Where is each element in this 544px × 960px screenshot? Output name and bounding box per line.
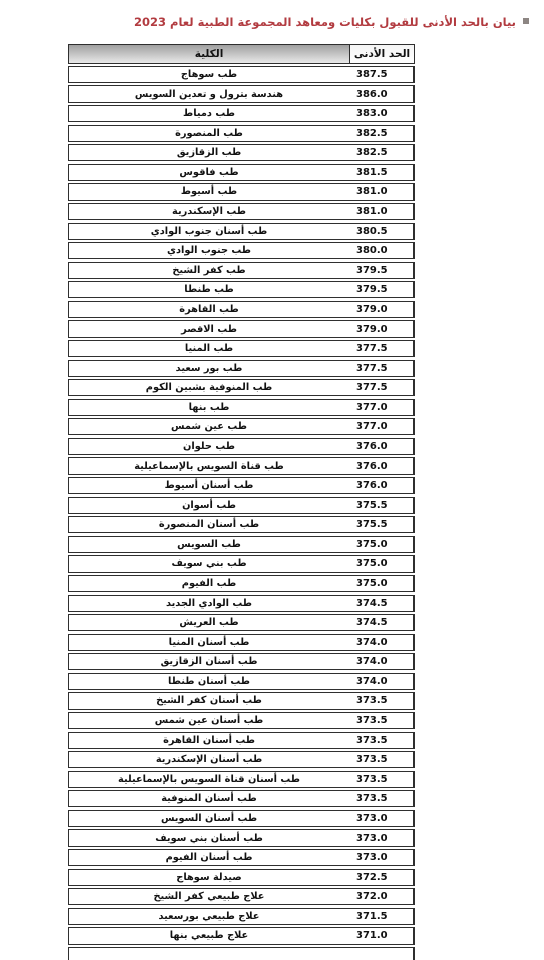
min-score-cell: 381.5 bbox=[349, 165, 414, 180]
table-row: 386.0 هندسة بترول و تعدين السويس bbox=[68, 85, 415, 102]
table-row: 373.5 طب أسنان المنوفية bbox=[68, 790, 415, 807]
college-cell: طب الفيوم bbox=[69, 576, 349, 591]
table-row: 379.0 طب الاقصر bbox=[68, 320, 415, 337]
college-cell bbox=[69, 948, 349, 960]
min-score-cell: 376.0 bbox=[349, 439, 414, 454]
min-score-cell: 386.0 bbox=[349, 86, 414, 101]
page-title: بيان بالحد الأدنى للقبول بكليات ومعاهد ا… bbox=[134, 15, 516, 29]
min-score-cell: 377.5 bbox=[349, 341, 414, 356]
min-score-cell: 375.5 bbox=[349, 517, 414, 532]
table-row: 371.0 علاج طبيعي بنها bbox=[68, 927, 415, 944]
min-score-cell: 375.0 bbox=[349, 537, 414, 552]
college-cell: طب بنها bbox=[69, 400, 349, 415]
table-row: 383.0 طب دمياط bbox=[68, 105, 415, 122]
min-score-cell: 373.0 bbox=[349, 830, 414, 845]
min-score-cell: 376.0 bbox=[349, 458, 414, 473]
table-row: 382.5 طب الزقازيق bbox=[68, 144, 415, 161]
college-cell: طب جنوب الوادي bbox=[69, 243, 349, 258]
college-cell: طب العريش bbox=[69, 615, 349, 630]
min-score-cell: 373.5 bbox=[349, 791, 414, 806]
min-score-cell: 373.5 bbox=[349, 752, 414, 767]
min-score-cell: 376.0 bbox=[349, 478, 414, 493]
page-title-line: بيان بالحد الأدنى للقبول بكليات ومعاهد ا… bbox=[134, 15, 529, 29]
college-cell: طب أسنان الزقازيق bbox=[69, 654, 349, 669]
min-score-cell: 373.5 bbox=[349, 713, 414, 728]
table-row: 377.5 طب المنوفية بشبين الكوم bbox=[68, 379, 415, 396]
min-score-cell: 380.5 bbox=[349, 224, 414, 239]
college-cell: طب المنوفية بشبين الكوم bbox=[69, 380, 349, 395]
college-cell: طب أسنان كفر الشيخ bbox=[69, 693, 349, 708]
min-score-cell: 372.0 bbox=[349, 889, 414, 904]
table-row: 379.5 طب كفر الشيخ bbox=[68, 262, 415, 279]
college-cell: طب أسنان قناة السويس بالإسماعيلية bbox=[69, 772, 349, 787]
college-cell: طب كفر الشيخ bbox=[69, 263, 349, 278]
table-row: 376.0 طب قناة السويس بالإسماعيلية bbox=[68, 457, 415, 474]
admission-scores-table: الحد الأدنى الكلية 387.5 طب سوهاج 386.0 … bbox=[68, 44, 415, 960]
table-body: 387.5 طب سوهاج 386.0 هندسة بترول و تعدين… bbox=[68, 66, 415, 945]
college-cell: علاج طبيعي بورسعيد bbox=[69, 909, 349, 924]
table-row: 373.5 طب أسنان الإسكندرية bbox=[68, 751, 415, 768]
table-row: 375.0 طب الفيوم bbox=[68, 575, 415, 592]
min-score-cell: 379.5 bbox=[349, 263, 414, 278]
min-score-column-header: الحد الأدنى bbox=[349, 45, 414, 63]
table-row: 373.5 طب أسنان القاهرة bbox=[68, 732, 415, 749]
min-score-cell: 377.5 bbox=[349, 361, 414, 376]
college-cell: علاج طبيعي بنها bbox=[69, 928, 349, 943]
college-cell: طب أسنان جنوب الوادي bbox=[69, 224, 349, 239]
college-cell: طب المنصورة bbox=[69, 126, 349, 141]
table-row: 381.5 طب فاقوس bbox=[68, 164, 415, 181]
min-score-cell: 382.5 bbox=[349, 145, 414, 160]
college-cell: طب بني سويف bbox=[69, 556, 349, 571]
min-score-cell: 374.0 bbox=[349, 635, 414, 650]
min-score-cell: 381.0 bbox=[349, 184, 414, 199]
table-row: 376.0 طب حلوان bbox=[68, 438, 415, 455]
college-cell: طب أسنان المنيا bbox=[69, 635, 349, 650]
college-cell: طب أسنان أسيوط bbox=[69, 478, 349, 493]
table-row: 372.0 علاج طبيعي كفر الشيخ bbox=[68, 888, 415, 905]
college-cell: طب السويس bbox=[69, 537, 349, 552]
college-cell: طب أسنان بني سويف bbox=[69, 830, 349, 845]
min-score-cell: 379.5 bbox=[349, 282, 414, 297]
college-column-header: الكلية bbox=[69, 45, 349, 63]
min-score-cell: 372.5 bbox=[349, 870, 414, 885]
table-row: 377.0 طب بنها bbox=[68, 399, 415, 416]
min-score-cell bbox=[349, 948, 414, 960]
table-row: 382.5 طب المنصورة bbox=[68, 125, 415, 142]
table-row: 373.5 طب أسنان عين شمس bbox=[68, 712, 415, 729]
college-cell: طب الإسكندرية bbox=[69, 204, 349, 219]
table-row: 377.5 طب بور سعيد bbox=[68, 360, 415, 377]
college-cell: طب أسنان طنطا bbox=[69, 674, 349, 689]
table-row: 371.5 علاج طبيعي بورسعيد bbox=[68, 908, 415, 925]
college-cell: طب المنيا bbox=[69, 341, 349, 356]
college-cell: طب سوهاج bbox=[69, 67, 349, 82]
table-row: 375.5 طب أسوان bbox=[68, 497, 415, 514]
table-row: 373.5 طب أسنان قناة السويس بالإسماعيلية bbox=[68, 771, 415, 788]
table-row: 377.5 طب المنيا bbox=[68, 340, 415, 357]
college-cell: طب فاقوس bbox=[69, 165, 349, 180]
table-row: 372.5 صيدلة سوهاج bbox=[68, 869, 415, 886]
min-score-cell: 381.0 bbox=[349, 204, 414, 219]
min-score-cell: 373.5 bbox=[349, 693, 414, 708]
min-score-cell: 375.0 bbox=[349, 556, 414, 571]
min-score-cell: 374.0 bbox=[349, 674, 414, 689]
college-cell: طب القاهرة bbox=[69, 302, 349, 317]
college-cell: صيدلة سوهاج bbox=[69, 870, 349, 885]
square-bullet-icon bbox=[523, 18, 529, 24]
table-row: 375.5 طب أسنان المنصورة bbox=[68, 516, 415, 533]
document-page: بيان بالحد الأدنى للقبول بكليات ومعاهد ا… bbox=[0, 0, 544, 960]
college-cell: طب أسنان عين شمس bbox=[69, 713, 349, 728]
table-row: 379.0 طب القاهرة bbox=[68, 301, 415, 318]
table-row: 375.0 طب بني سويف bbox=[68, 555, 415, 572]
table-row: 374.0 طب أسنان الزقازيق bbox=[68, 653, 415, 670]
college-cell: طب أسنان المنوفية bbox=[69, 791, 349, 806]
college-cell: طب طنطا bbox=[69, 282, 349, 297]
college-cell: طب قناة السويس بالإسماعيلية bbox=[69, 458, 349, 473]
min-score-cell: 373.5 bbox=[349, 772, 414, 787]
min-score-cell: 374.5 bbox=[349, 615, 414, 630]
college-cell: طب أسنان الإسكندرية bbox=[69, 752, 349, 767]
college-cell: طب حلوان bbox=[69, 439, 349, 454]
college-cell: طب دمياط bbox=[69, 106, 349, 121]
table-row: 373.0 طب أسنان السويس bbox=[68, 810, 415, 827]
table-row: 374.0 طب أسنان طنطا bbox=[68, 673, 415, 690]
college-cell: طب الاقصر bbox=[69, 321, 349, 336]
table-row: 377.0 طب عين شمس bbox=[68, 418, 415, 435]
college-cell: طب أسنان السويس bbox=[69, 811, 349, 826]
min-score-cell: 377.0 bbox=[349, 419, 414, 434]
min-score-cell: 373.0 bbox=[349, 811, 414, 826]
min-score-cell: 379.0 bbox=[349, 321, 414, 336]
table-row: 376.0 طب أسنان أسيوط bbox=[68, 477, 415, 494]
table-row: 381.0 طب أسيوط bbox=[68, 183, 415, 200]
college-cell: طب الوادي الجديد bbox=[69, 596, 349, 611]
table-row: 381.0 طب الإسكندرية bbox=[68, 203, 415, 220]
min-score-cell: 374.0 bbox=[349, 654, 414, 669]
table-row: 375.0 طب السويس bbox=[68, 536, 415, 553]
college-cell: طب أسنان الفيوم bbox=[69, 850, 349, 865]
min-score-cell: 387.5 bbox=[349, 67, 414, 82]
table-row: 380.0 طب جنوب الوادي bbox=[68, 242, 415, 259]
table-row: 373.0 طب أسنان بني سويف bbox=[68, 829, 415, 846]
min-score-cell: 377.5 bbox=[349, 380, 414, 395]
min-score-cell: 382.5 bbox=[349, 126, 414, 141]
table-row: 373.5 طب أسنان كفر الشيخ bbox=[68, 692, 415, 709]
table-row: 374.5 طب العريش bbox=[68, 614, 415, 631]
college-cell: هندسة بترول و تعدين السويس bbox=[69, 86, 349, 101]
min-score-cell: 383.0 bbox=[349, 106, 414, 121]
college-cell: طب بور سعيد bbox=[69, 361, 349, 376]
college-cell: طب أسيوط bbox=[69, 184, 349, 199]
table-row: 379.5 طب طنطا bbox=[68, 281, 415, 298]
college-cell: علاج طبيعي كفر الشيخ bbox=[69, 889, 349, 904]
min-score-cell: 375.5 bbox=[349, 498, 414, 513]
college-cell: طب الزقازيق bbox=[69, 145, 349, 160]
table-row: 374.0 طب أسنان المنيا bbox=[68, 634, 415, 651]
min-score-cell: 380.0 bbox=[349, 243, 414, 258]
table-header-row: الحد الأدنى الكلية bbox=[68, 44, 415, 64]
min-score-cell: 379.0 bbox=[349, 302, 414, 317]
college-cell: طب أسنان القاهرة bbox=[69, 733, 349, 748]
min-score-cell: 371.0 bbox=[349, 928, 414, 943]
min-score-cell: 371.5 bbox=[349, 909, 414, 924]
college-cell: طب أسنان المنصورة bbox=[69, 517, 349, 532]
college-cell: طب عين شمس bbox=[69, 419, 349, 434]
min-score-cell: 377.0 bbox=[349, 400, 414, 415]
college-cell: طب أسوان bbox=[69, 498, 349, 513]
table-row-partial bbox=[68, 947, 415, 960]
min-score-cell: 373.5 bbox=[349, 733, 414, 748]
table-row: 373.0 طب أسنان الفيوم bbox=[68, 849, 415, 866]
min-score-cell: 374.5 bbox=[349, 596, 414, 611]
min-score-cell: 375.0 bbox=[349, 576, 414, 591]
table-row: 387.5 طب سوهاج bbox=[68, 66, 415, 83]
table-row: 380.5 طب أسنان جنوب الوادي bbox=[68, 223, 415, 240]
table-row: 374.5 طب الوادي الجديد bbox=[68, 595, 415, 612]
min-score-cell: 373.0 bbox=[349, 850, 414, 865]
